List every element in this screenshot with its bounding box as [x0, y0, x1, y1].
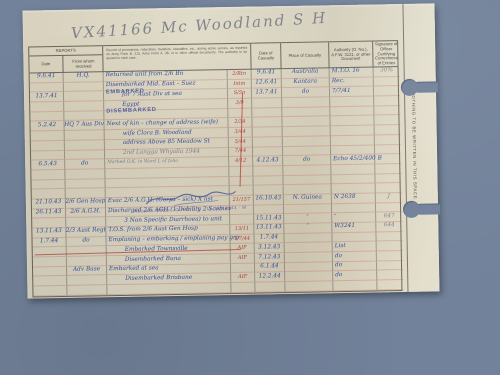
table-cell: 15.11.43 — [254, 214, 284, 224]
margin-note: NOTHING TO BE WRITTEN IN THIS SPACE. — [411, 92, 419, 252]
table-cell: 1.7.44 — [32, 238, 66, 248]
header-signature: Signature of Officer Certifying Correctn… — [373, 41, 399, 68]
table-cell: 4.12.43 — [253, 156, 283, 166]
table-cell: S/5n — [228, 89, 252, 99]
table-cell: 13.7.41 — [30, 92, 64, 102]
table-cell: 16.10.43 — [254, 195, 284, 205]
table-cell — [107, 283, 231, 295]
table-cell — [31, 131, 65, 141]
table-cell — [252, 108, 282, 118]
table-cell — [255, 282, 285, 292]
table-cell — [33, 286, 67, 296]
table-cell — [31, 179, 65, 189]
table-cell — [377, 270, 403, 280]
table-cell — [231, 263, 255, 273]
table-cell — [375, 135, 401, 145]
table-cell: 13.11.43 — [254, 224, 284, 234]
table-cell — [253, 147, 283, 157]
table-cell — [254, 205, 284, 215]
table-cell — [253, 176, 283, 186]
table-cell: AIF — [231, 273, 255, 283]
table-cell: AIF — [231, 254, 255, 264]
table-cell: 3/9 — [228, 99, 252, 109]
table-cell: 1/7/44 — [230, 234, 254, 244]
table-body: 9.6.41H.Q.Returned unit from 2/6 Bn2/Rtn… — [30, 67, 402, 296]
table-cell — [374, 96, 400, 106]
table-cell — [375, 164, 401, 174]
table-cell — [33, 257, 67, 267]
header-from-whom: From whom received — [63, 55, 103, 73]
table-cell — [374, 106, 400, 116]
table-cell: 26.11.43 — [32, 209, 66, 219]
casualty-form-page: VX41166 Mc Woodland S H REPORTS Date Fro… — [23, 3, 440, 298]
table-cell — [33, 267, 67, 277]
table-cell — [31, 170, 65, 180]
table-cell — [375, 145, 401, 155]
table-cell — [254, 185, 284, 195]
table-cell: 30% — [374, 67, 400, 77]
table-cell — [31, 141, 65, 151]
service-number-and-name: VX41166 Mc Woodland S H — [71, 6, 372, 42]
table-cell — [67, 285, 107, 295]
table-cell: 13.11.43 — [32, 228, 66, 238]
table-cell: 7.12.43 — [255, 253, 285, 263]
table-cell: 6.1.44 — [255, 263, 285, 273]
table-cell — [375, 174, 401, 184]
table-cell — [33, 276, 67, 286]
table-cell — [231, 283, 255, 293]
table-cell: 13/11 — [230, 225, 254, 235]
table-cell — [253, 127, 283, 137]
table-cell: 21.10.43 — [32, 199, 66, 209]
table-cell — [30, 83, 64, 93]
table-cell — [30, 102, 64, 112]
table-cell — [30, 112, 64, 122]
table-cell — [374, 86, 400, 96]
header-record: Record of promotions, reductions, transf… — [103, 44, 251, 73]
table-cell: 9.6.41 — [30, 73, 64, 83]
table-cell — [33, 247, 67, 257]
table-cell: 644 — [376, 222, 402, 232]
table-cell: 6.5.43 — [31, 160, 65, 170]
table-cell: 12.2.44 — [255, 273, 285, 283]
table-cell: 12.6.41 — [252, 79, 282, 89]
table-cell — [376, 203, 402, 213]
table-cell: 647 — [376, 212, 402, 222]
table-cell — [377, 241, 403, 251]
table-cell — [377, 251, 403, 261]
table-cell: 3.12.43 — [255, 243, 285, 253]
table-cell — [32, 189, 66, 199]
table-cell — [228, 108, 252, 118]
header-reports: REPORTS Date From whom received — [29, 46, 103, 73]
header-place-of-casualty: Place of Casualty — [281, 42, 329, 69]
table-cell — [375, 154, 401, 164]
table-cell: 5.2.42 — [30, 121, 64, 131]
table-cell — [32, 218, 66, 228]
table-cell — [252, 98, 282, 108]
table-cell: J — [376, 193, 402, 203]
table-cell — [31, 150, 65, 160]
table-cell — [285, 281, 333, 292]
right-margin: NOTHING TO BE WRITTEN IN THIS SPACE. — [402, 3, 440, 292]
table-cell: 13.7.41 — [252, 88, 282, 98]
table-cell — [229, 176, 253, 186]
table-cell — [377, 280, 403, 290]
table-cell — [376, 183, 402, 193]
overlays: EMBARKEDDISEMBARKEDRecords Office · G.P.… — [23, 3, 435, 10]
header-date-of-casualty: Date of Casualty — [251, 43, 281, 70]
header-authority: Authority (O. No.), A.F.W. 3121, or othe… — [329, 42, 373, 69]
table-cell: 9.6.41 — [252, 69, 282, 79]
table-cell — [253, 137, 283, 147]
table-cell: 1.7.44 — [254, 234, 284, 244]
casualty-record-table: REPORTS Date From whom received Record o… — [28, 40, 402, 297]
table-cell — [333, 281, 377, 291]
table-cell — [374, 115, 400, 125]
table-cell — [252, 118, 282, 128]
table-cell — [375, 125, 401, 135]
table-cell: 2/Rtn — [228, 70, 252, 80]
photo-background: VX41166 Mc Woodland S H REPORTS Date Fro… — [0, 0, 500, 375]
table-cell: Intm — [228, 79, 252, 89]
table-cell — [376, 232, 402, 242]
table-cell — [253, 166, 283, 176]
table-cell — [377, 261, 403, 271]
table-cell — [230, 215, 254, 225]
header-date: Date — [29, 56, 63, 74]
table-cell — [374, 77, 400, 87]
